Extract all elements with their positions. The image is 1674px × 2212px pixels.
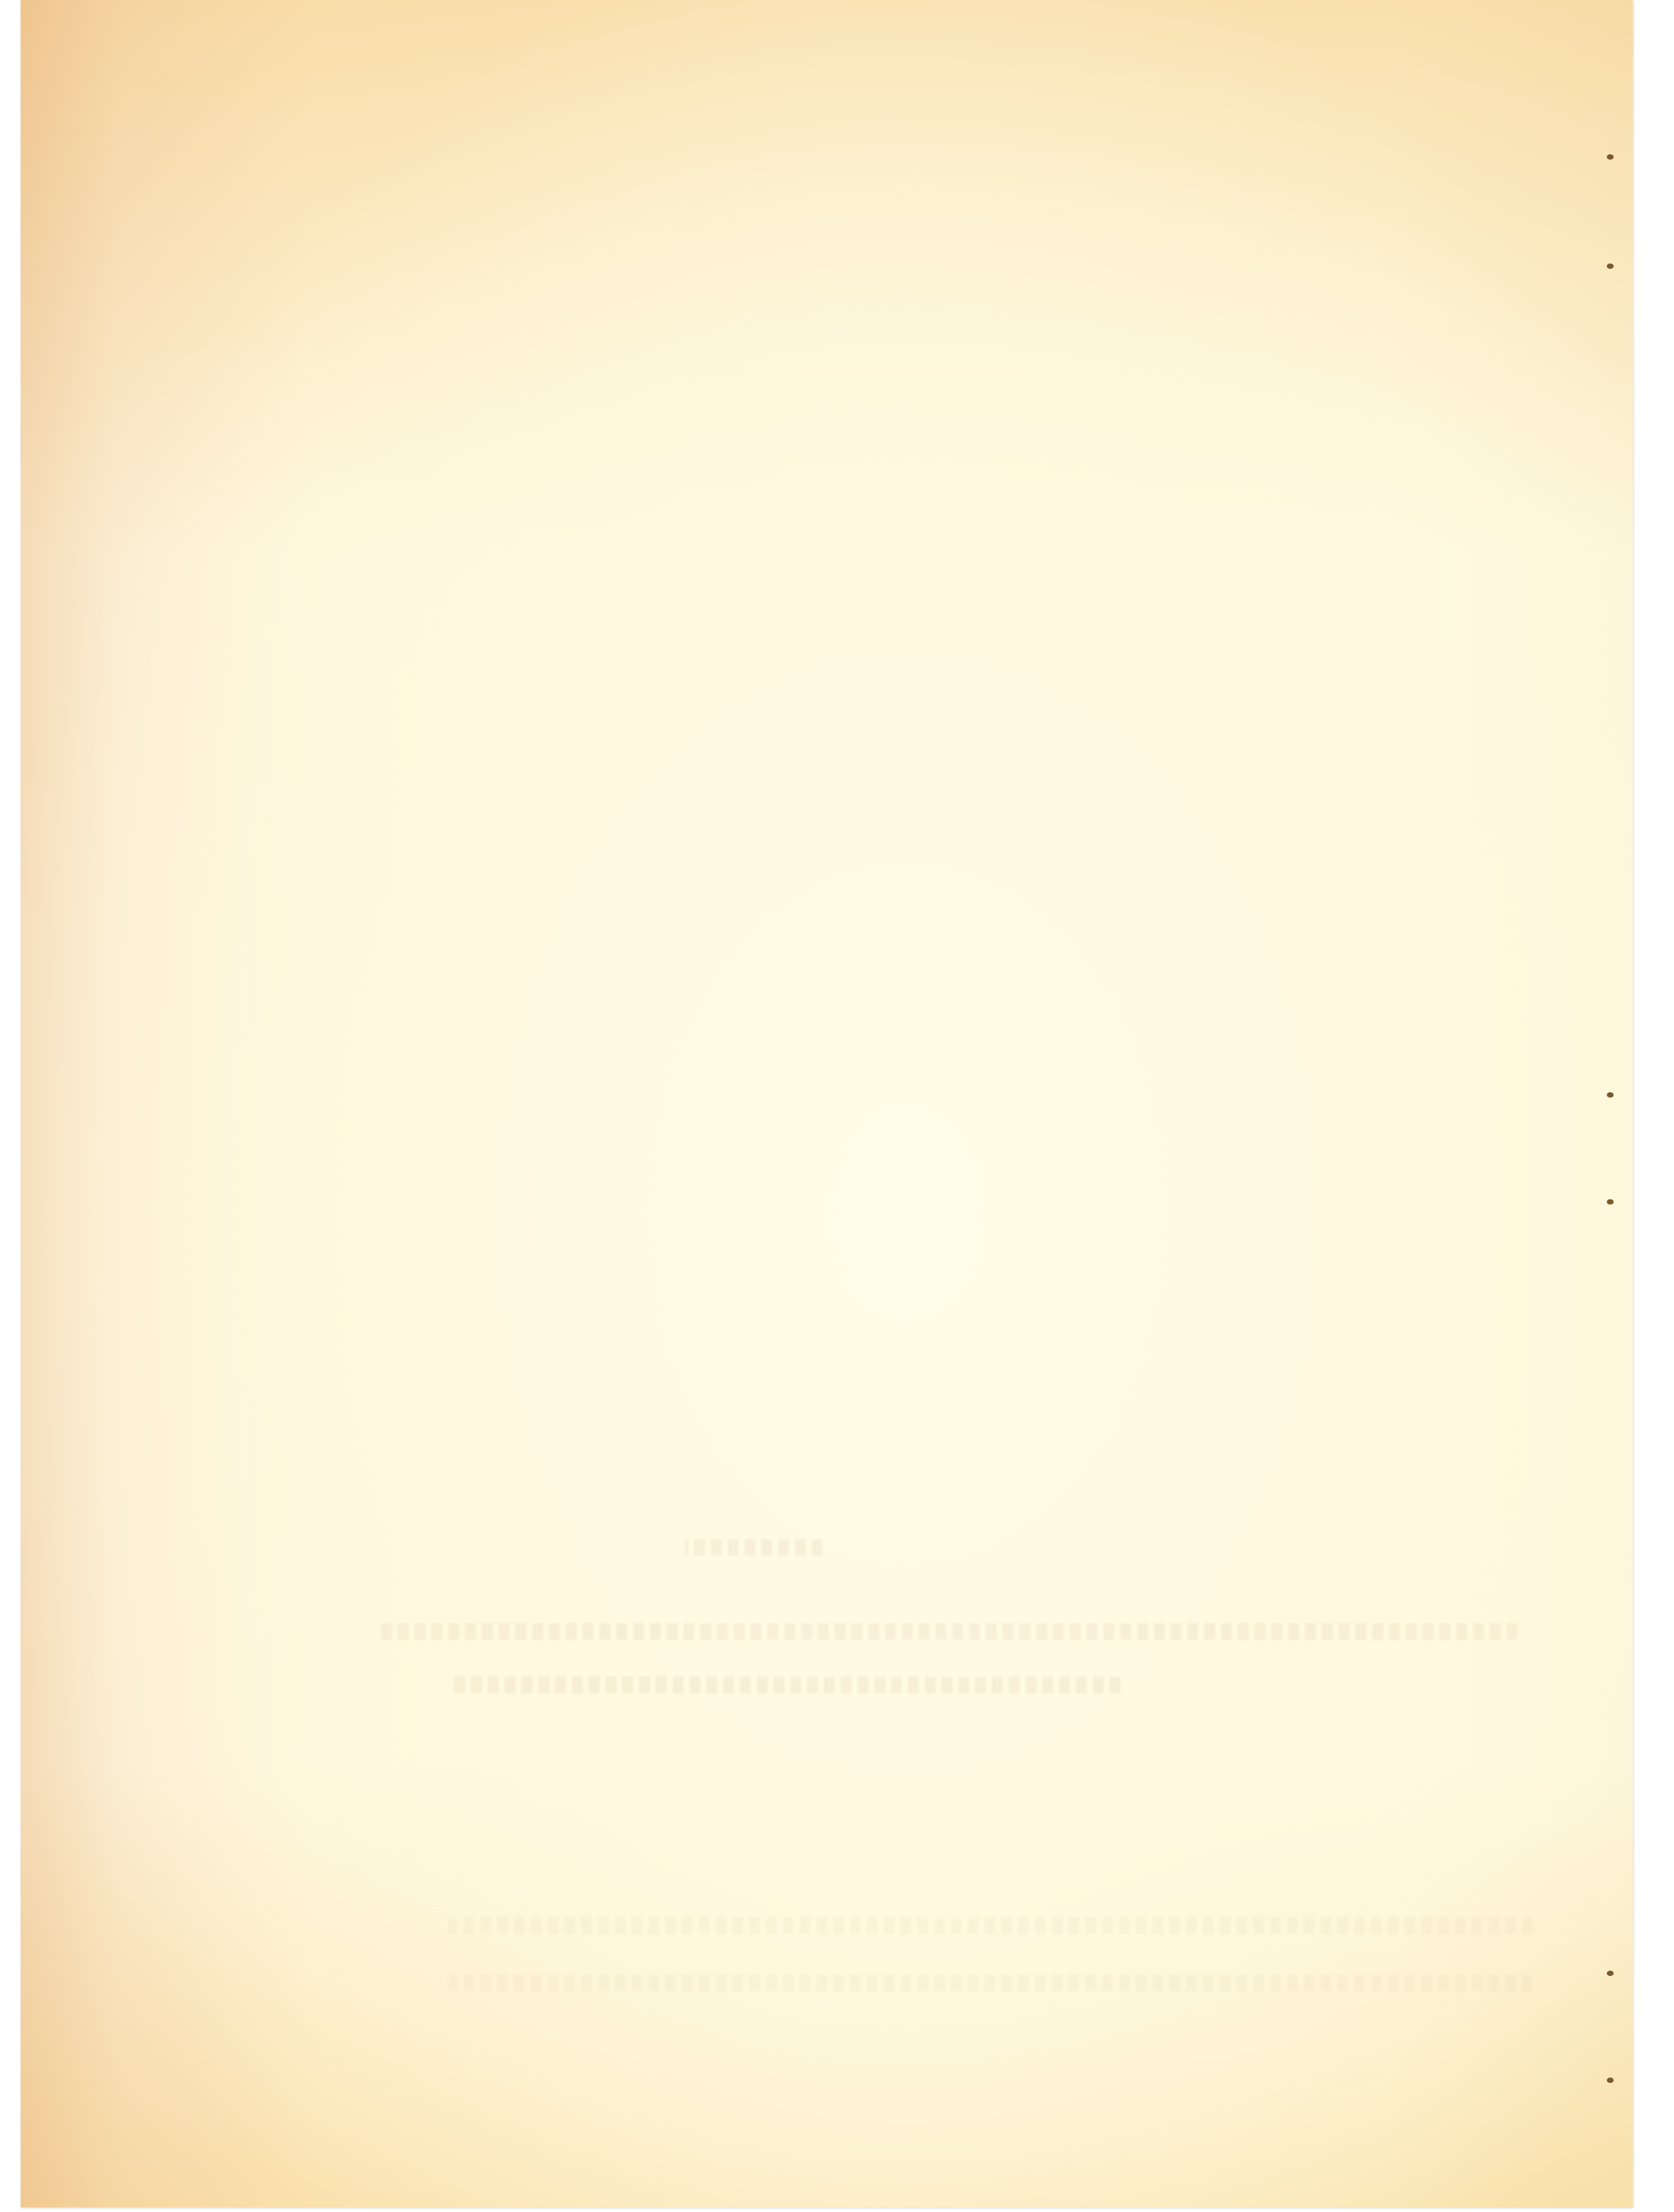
binding-hole-mark [1607,1092,1614,1098]
binding-hole-mark [1607,154,1614,160]
binding-hole-mark [1607,2078,1614,2083]
bleed-through-title [685,1539,822,1556]
bleed-through-footnote-line-2 [448,1974,1533,1991]
binding-hole-mark [1607,1199,1614,1205]
paper-sheet: ​ [21,0,1633,2207]
bleed-through-caption-line-1 [380,1623,1517,1640]
binding-hole-mark [1607,1971,1614,1976]
bleed-through-caption-line-2 [448,1677,1120,1693]
binding-hole-mark [1607,264,1614,269]
bleed-through-footnote-line-1 [448,1917,1533,1934]
